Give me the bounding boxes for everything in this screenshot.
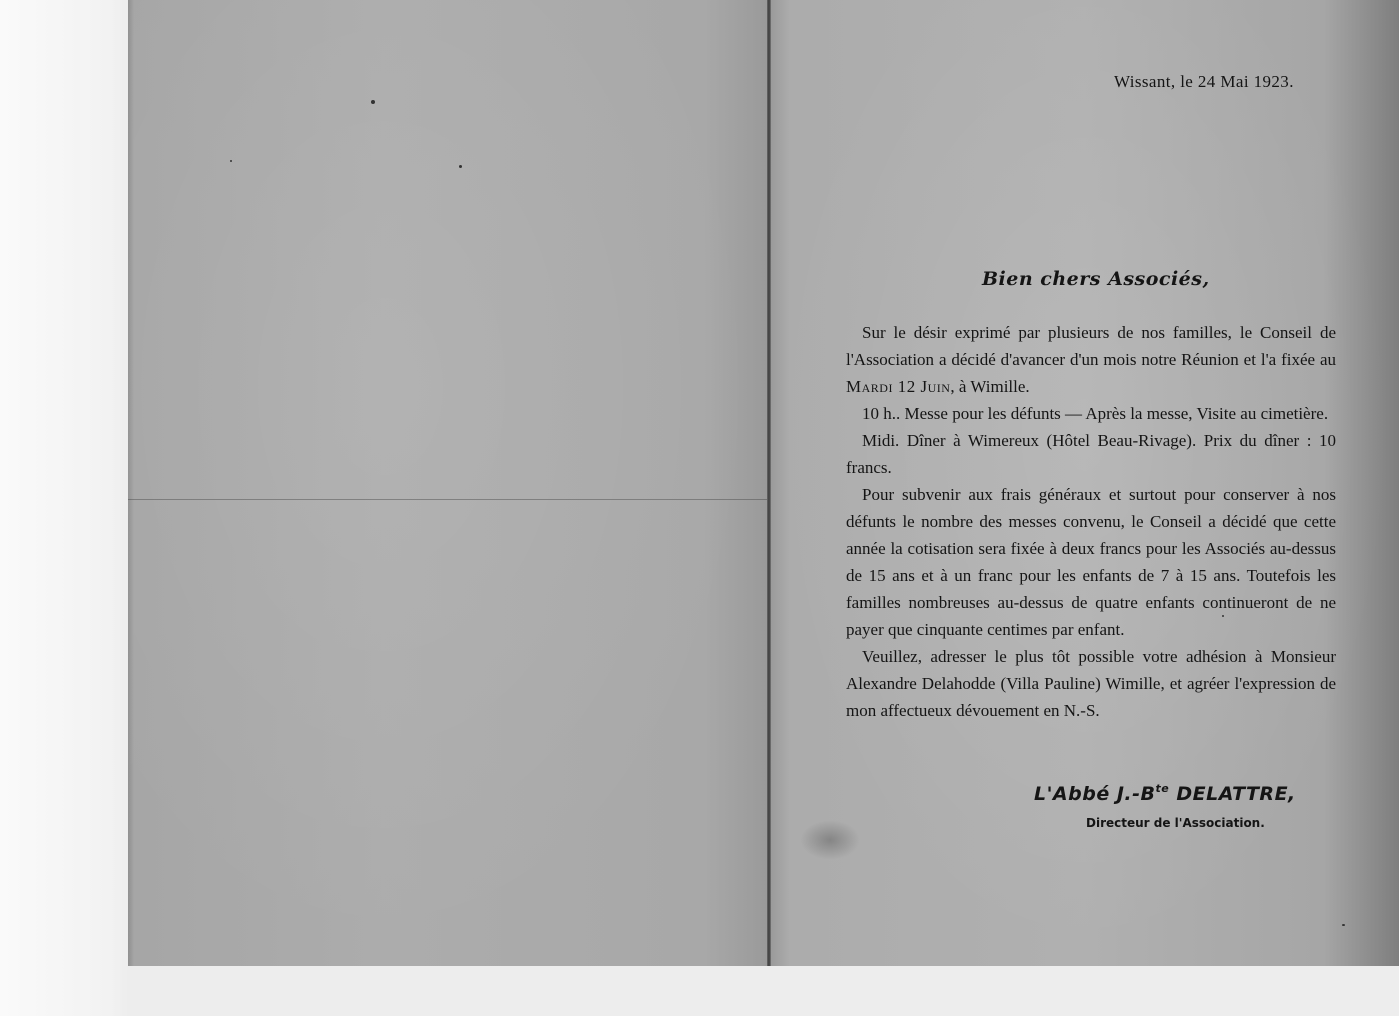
paragraph-dues: Pour subvenir aux frais généraux et surt… — [846, 481, 1336, 643]
paper-speck — [371, 100, 375, 104]
signature-superscript: te — [1156, 782, 1170, 795]
paragraph-dinner: Midi. Dîner à Wimereux (Hôtel Beau-Rivag… — [846, 427, 1336, 481]
signature: L'Abbé J.-Bte DELATTRE, — [1034, 782, 1296, 805]
left-page-blank — [128, 0, 768, 966]
reunion-date: Mardi 12 Juin — [846, 377, 950, 396]
paper-speck — [230, 160, 232, 162]
paper-smudge — [800, 820, 860, 860]
signature-prefix: L'Abbé J.-B — [1034, 783, 1156, 805]
paragraph-text: , à Wimille. — [950, 377, 1029, 396]
dateline: Wissant, le 24 Mai 1923. — [1114, 72, 1294, 92]
page-gutter — [767, 0, 771, 966]
salutation: Bien chers Associés, — [982, 268, 1210, 290]
paragraph-closing: Veuillez, adresser le plus tôt possible … — [846, 643, 1336, 724]
letter-body: Sur le désir exprimé par plusieurs de no… — [846, 319, 1336, 724]
fold-crease — [128, 499, 768, 500]
paper-speck — [459, 165, 462, 168]
paper-speck — [1342, 924, 1345, 926]
signature-surname: DELATTRE, — [1169, 783, 1296, 805]
paragraph-mass: 10 h.. Messe pour les défunts — Après la… — [846, 400, 1336, 427]
paragraph-reunion: Sur le désir exprimé par plusieurs de no… — [846, 319, 1336, 400]
paragraph-text: Sur le désir exprimé par plusieurs de no… — [846, 323, 1336, 369]
signatory-title: Directeur de l'Association. — [1086, 816, 1265, 830]
